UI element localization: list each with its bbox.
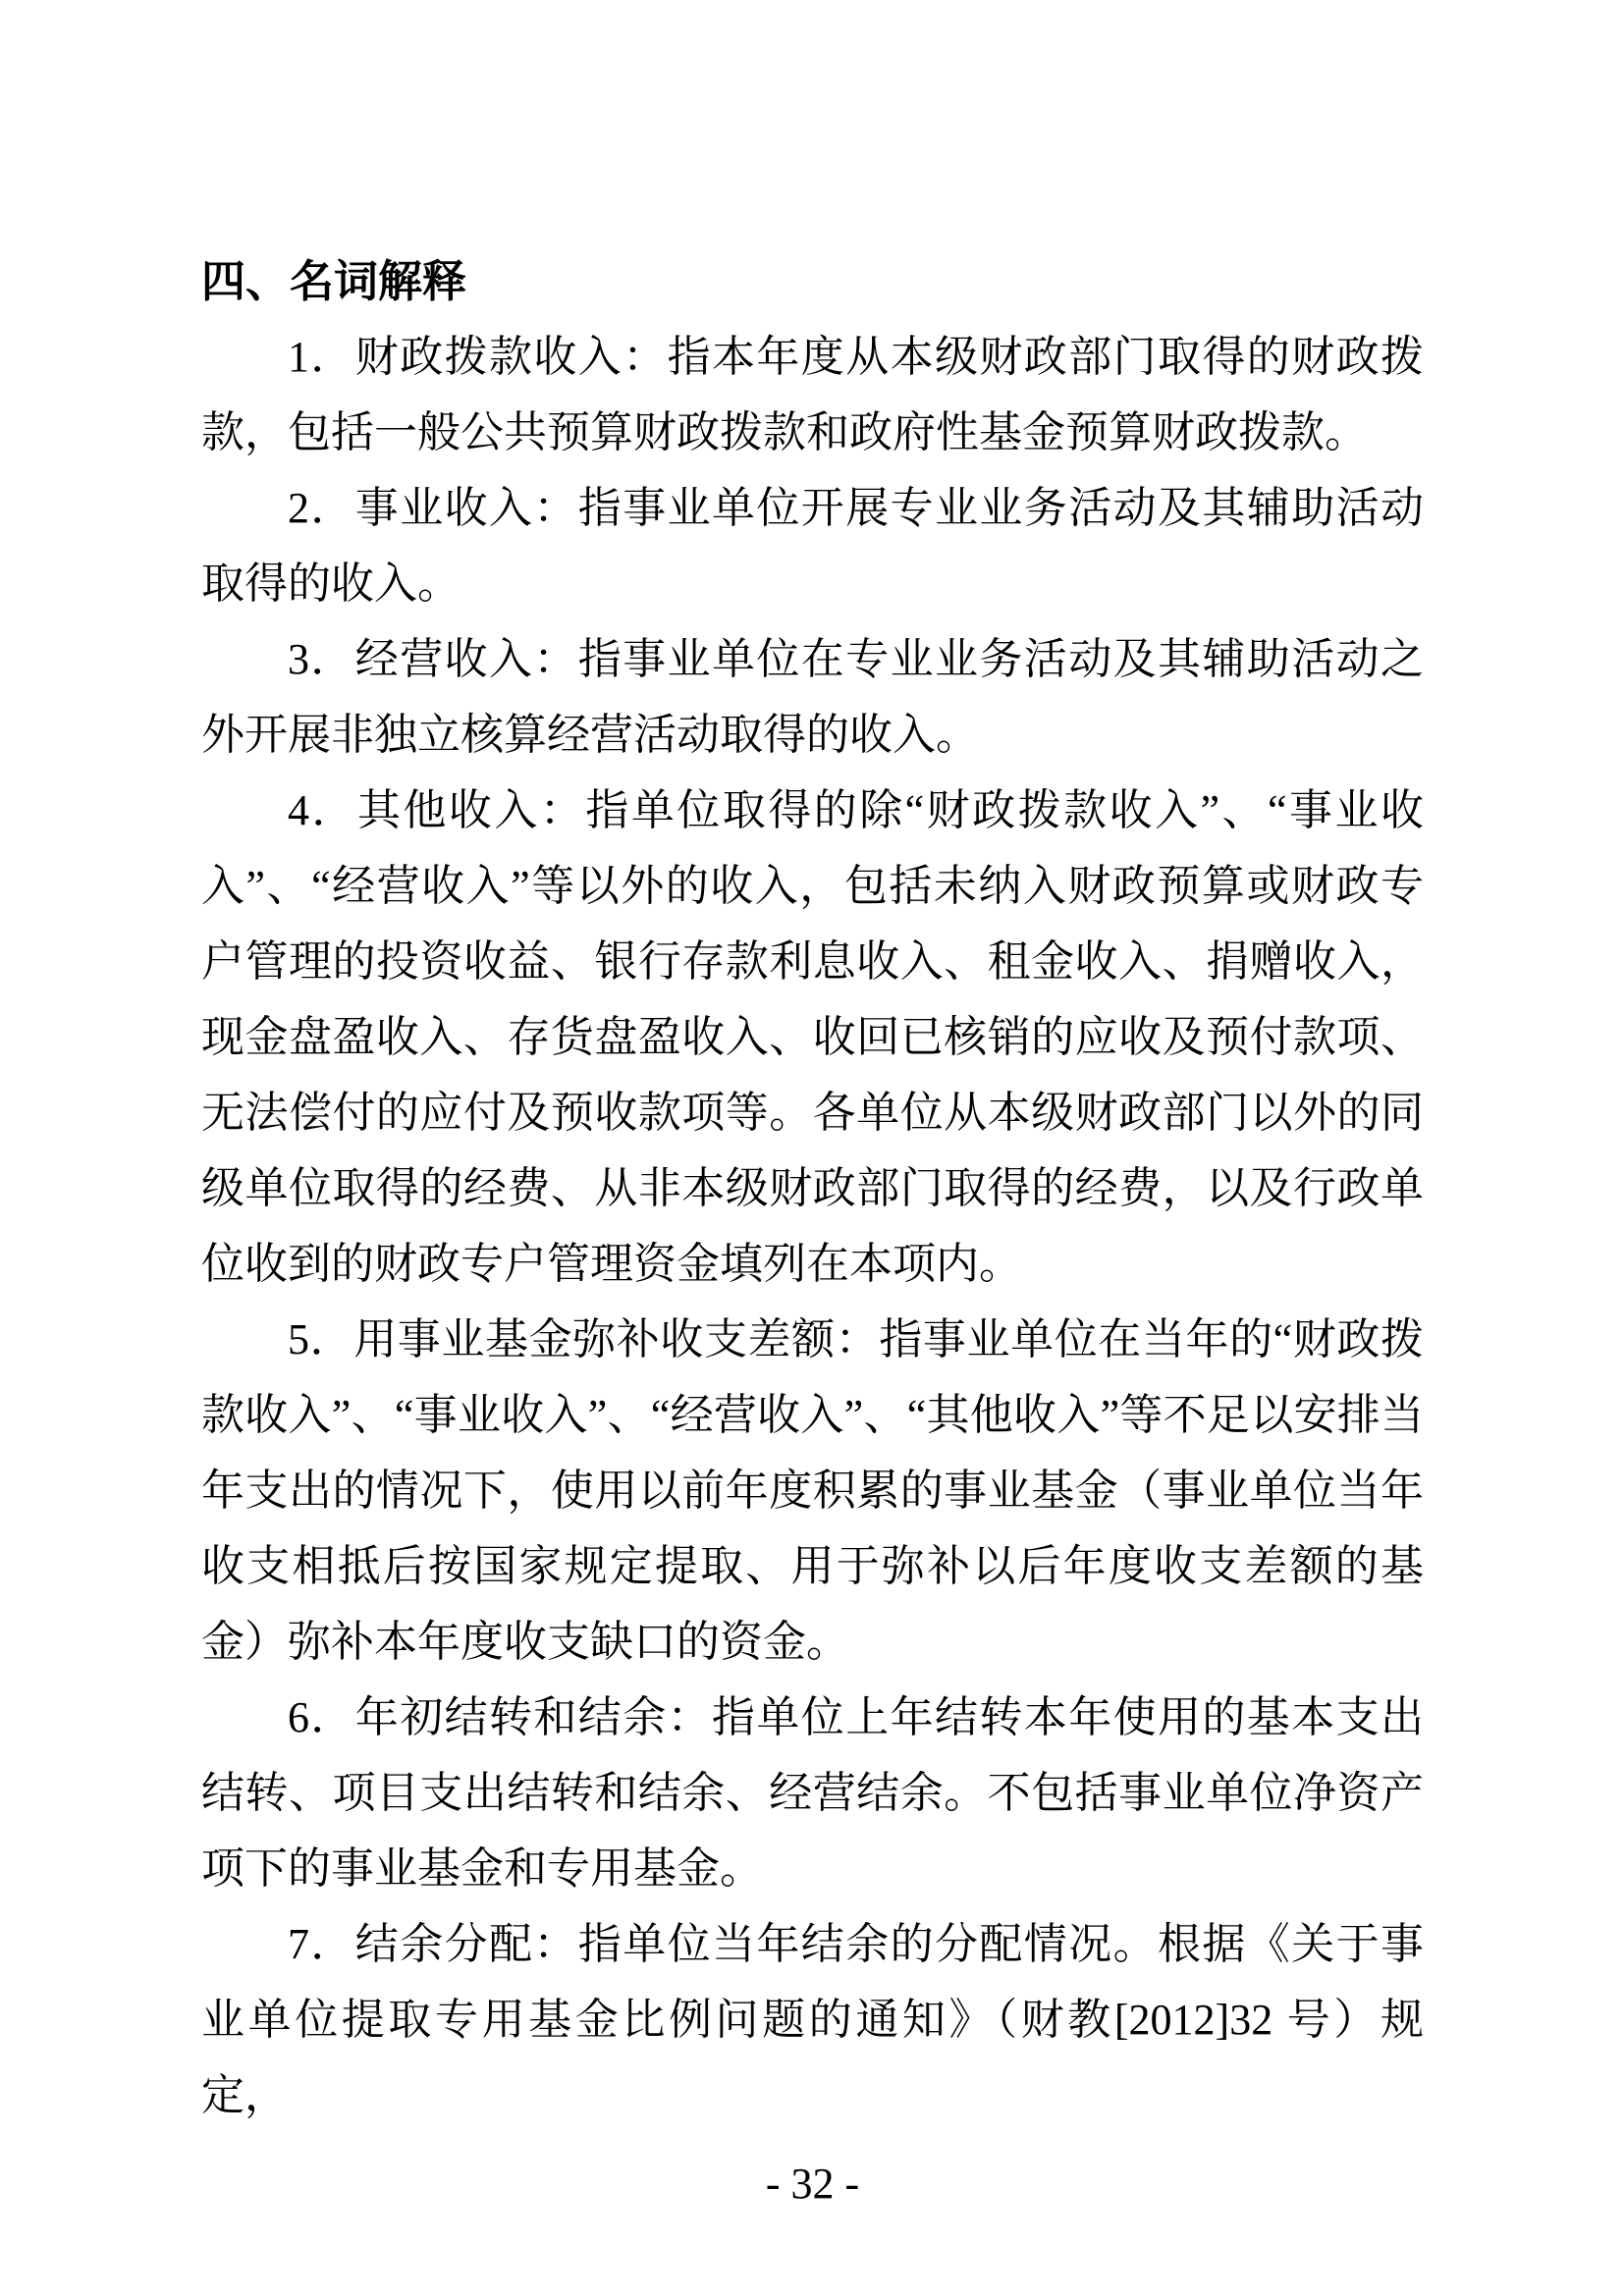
definition-paragraph-3: 3．经营收入：指事业单位在专业业务活动及其辅助活动之外开展非独立核算经营活动取得…	[201, 621, 1424, 773]
page-number: - 32 -	[201, 2146, 1424, 2221]
definition-paragraph-7: 7．结余分配：指单位当年结余的分配情况。根据《关于事业单位提取专用基金比例问题的…	[201, 1906, 1424, 2133]
document-page: 四、名词解释 1．财政拨款收入：指本年度从本级财政部门取得的财政拨款，包括一般公…	[0, 0, 1624, 2296]
definition-paragraph-5: 5．用事业基金弥补收支差额：指事业单位在当年的“财政拨款收入”、“事业收入”、“…	[201, 1302, 1424, 1680]
section-heading: 四、名词解释	[201, 243, 1424, 319]
definition-paragraph-4: 4．其他收入：指单位取得的除“财政拨款收入”、“事业收入”、“经营收入”等以外的…	[201, 773, 1424, 1302]
definition-paragraph-1: 1．财政拨款收入：指本年度从本级财政部门取得的财政拨款，包括一般公共预算财政拨款…	[201, 319, 1424, 470]
definition-paragraph-6: 6．年初结转和结余：指单位上年结转本年使用的基本支出结转、项目支出结转和结余、经…	[201, 1680, 1424, 1906]
definition-paragraph-2: 2．事业收入：指事业单位开展专业业务活动及其辅助活动取得的收入。	[201, 470, 1424, 621]
